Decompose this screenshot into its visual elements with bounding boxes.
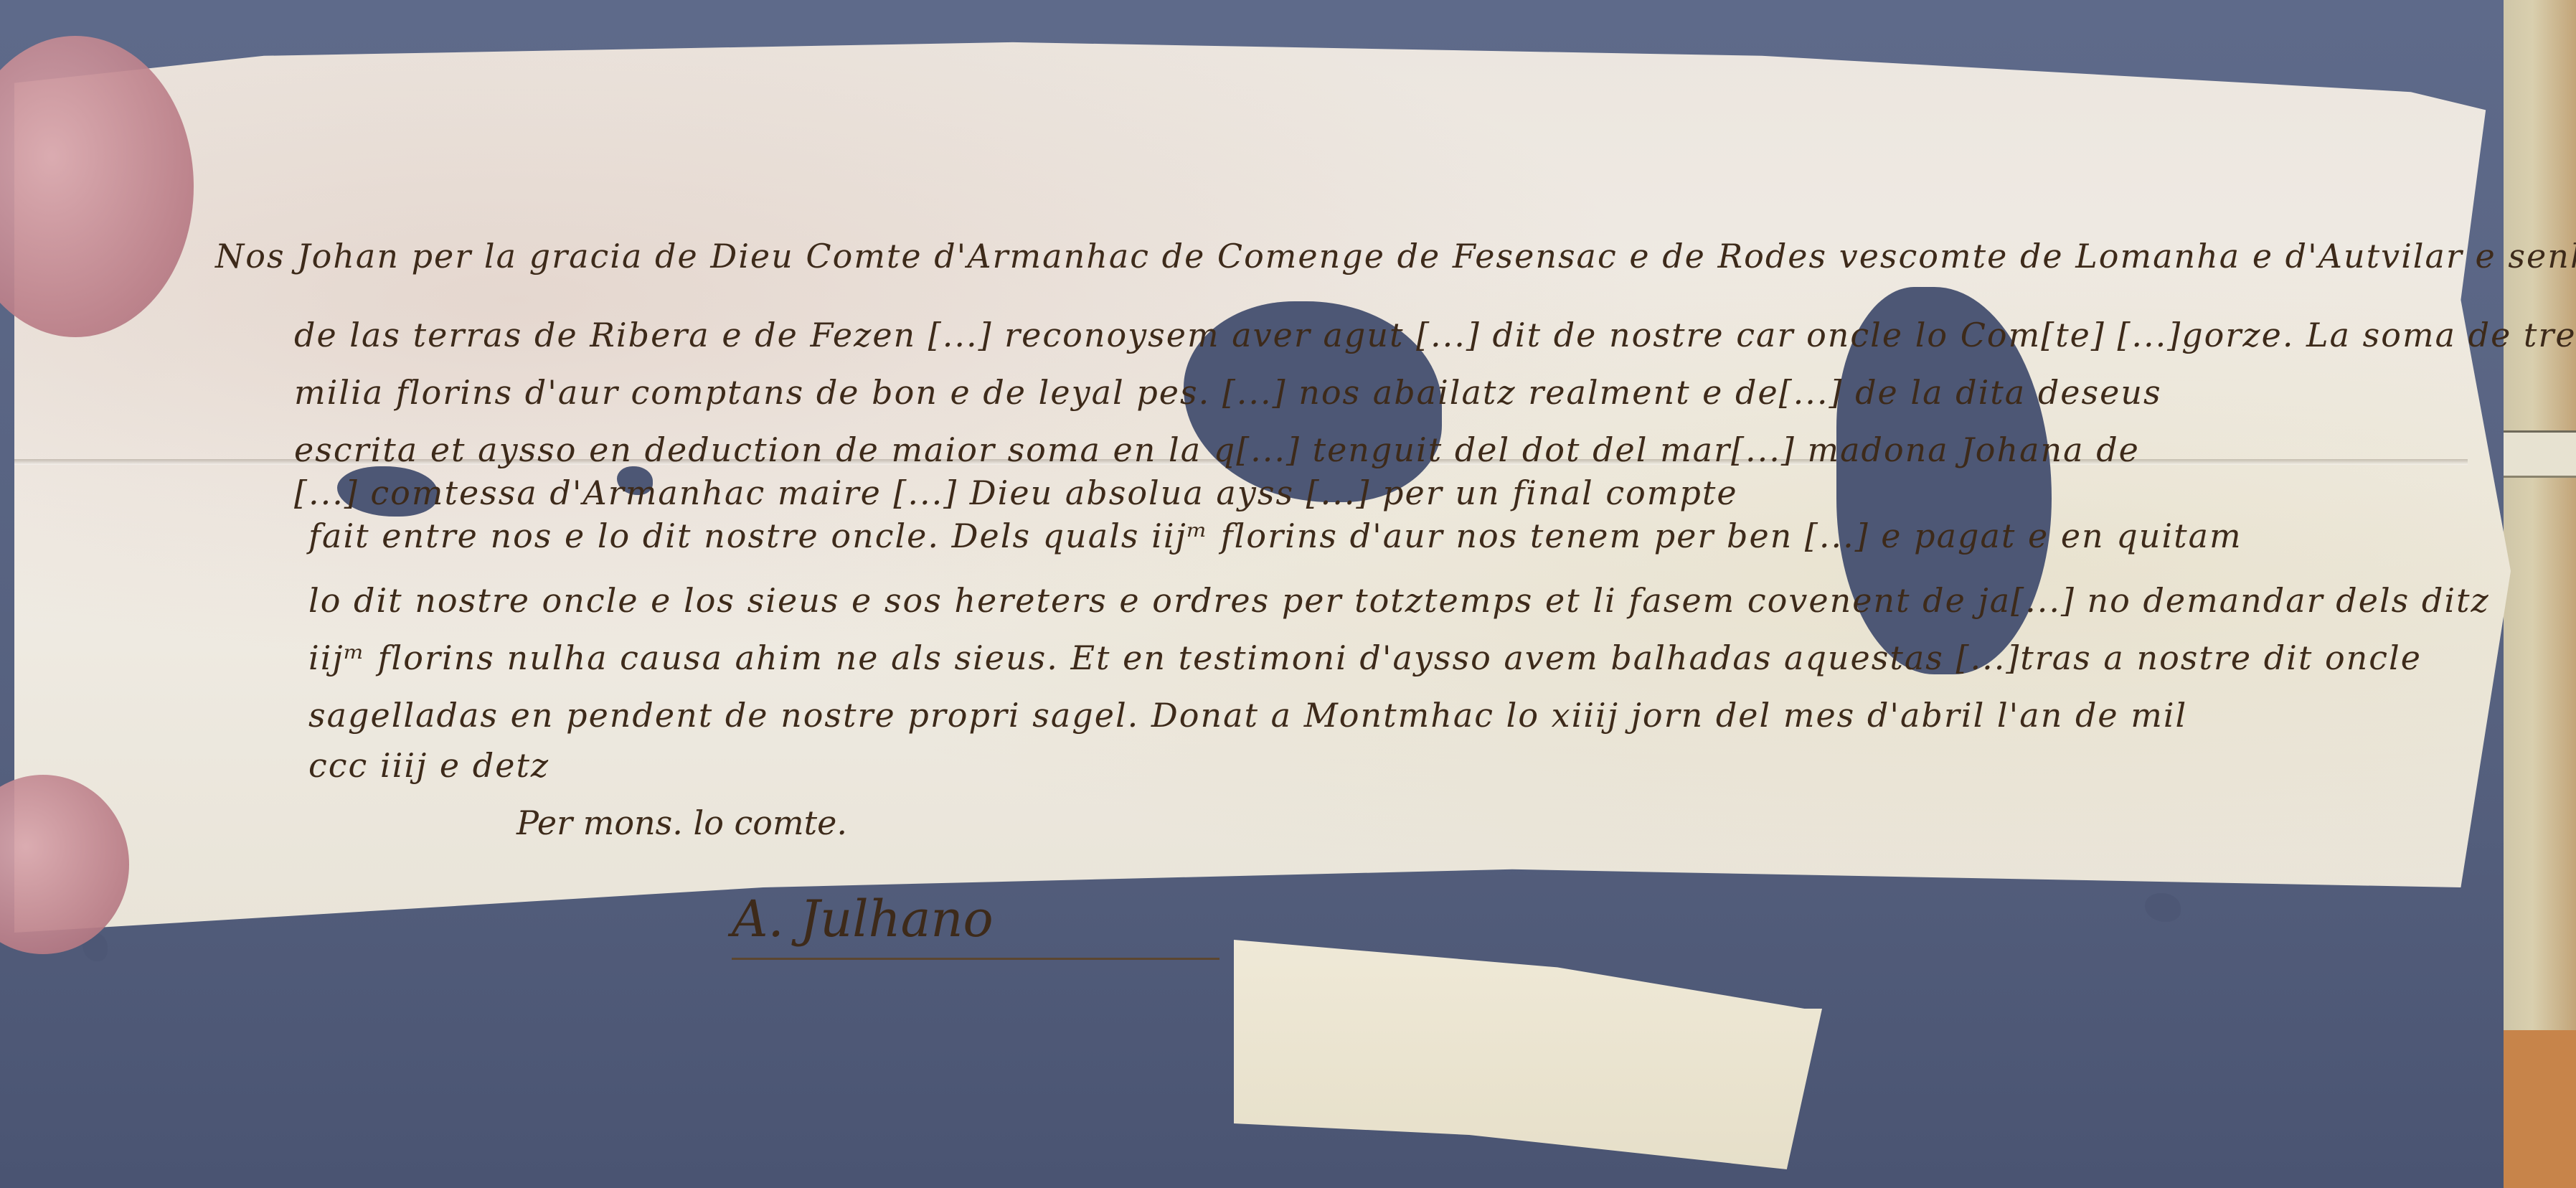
text-line: iijᵐ florins nulha causa ahim ne als sie…: [308, 638, 2422, 677]
notary-signature: A. Julhano: [732, 890, 994, 948]
stack-folder: [2504, 1030, 2576, 1188]
signature-underline: [732, 958, 1219, 960]
text-line: fait entre nos e lo dit nostre oncle. De…: [308, 517, 2242, 555]
text-line: sagelladas en pendent de nostre propri s…: [308, 696, 2187, 735]
text-line: [...] comtessa d'Armanhac maire [...] Di…: [294, 473, 1738, 512]
signoff-text: Per mons. lo comte.: [516, 803, 847, 842]
parchment-hole: [2145, 893, 2181, 922]
text-line: milia florins d'aur comptans de bon e de…: [294, 373, 2162, 412]
adjacent-documents-stack: [2504, 0, 2576, 1188]
text-line: de las terras de Ribera e de Fezen [...]…: [294, 316, 2576, 354]
text-line: Nos Johan per la gracia de Dieu Comte d'…: [215, 237, 2576, 275]
parchment-tongue-strip: [1234, 940, 1822, 1169]
stack-band: [2504, 430, 2576, 478]
text-line: escrita et aysso en deduction de maior s…: [294, 430, 2140, 469]
text-line: lo dit nostre oncle e los sieus e sos he…: [308, 581, 2490, 620]
text-line: ccc iiij e detz: [308, 746, 549, 785]
